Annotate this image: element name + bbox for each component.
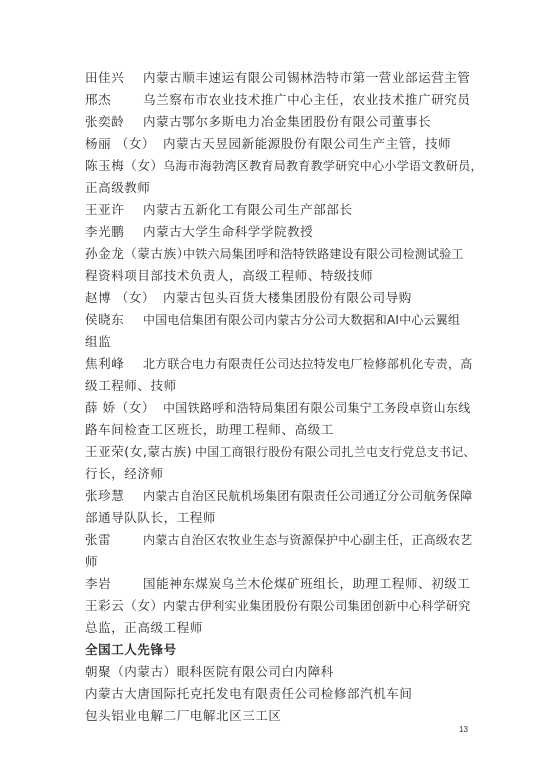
person-name: 邢杰 xyxy=(85,89,143,111)
list-item: 焦利峰北方联合电力有限责任公司达拉特发电厂检修部机化专责，高 xyxy=(85,353,470,375)
person-name: 杨丽 （女） xyxy=(85,133,155,155)
list-item: 李光鹏内蒙古大学生命科学学院教授 xyxy=(85,221,470,243)
person-title: 中国铁路呼和浩特局集团有限公司集宁工务段卓资山东线 xyxy=(163,397,471,419)
list-item-continuation: 部通导队队长，工程师 xyxy=(85,507,470,529)
person-title: 行长，经济师 xyxy=(85,466,164,481)
section-item: 内蒙古大唐国际托克托发电有限责任公司检修部汽机车间 xyxy=(85,683,470,705)
person-name: 焦利峰 xyxy=(85,353,143,375)
document-body: 田佳兴内蒙古顺丰速运有限公司锡林浩特市第一营业部运营主管 邢杰乌兰察布市农业技术… xyxy=(85,67,470,727)
list-item: 田佳兴内蒙古顺丰速运有限公司锡林浩特市第一营业部运营主管 xyxy=(85,67,470,89)
person-title: 北方联合电力有限责任公司达拉特发电厂检修部机化专责，高 xyxy=(143,353,472,375)
list-item-continuation: 行长，经济师 xyxy=(85,463,470,485)
list-item: 王彩云（女）内蒙古伊利实业集团股份有限公司集团创新中心科学研究 xyxy=(85,595,470,617)
person-title: 中国电信集团有限公司内蒙古分公司大数据和AI中心云翼组 xyxy=(143,309,460,331)
person-title: 内蒙古自治区民航机场集团有限责任公司通辽分公司航务保障 xyxy=(143,485,472,507)
person-name: 孙金龙（蒙古族） xyxy=(85,243,190,265)
person-name: 侯晓东 xyxy=(85,309,143,331)
person-title: 中铁六局集团呼和浩特铁路建设有限公司检测试验工 xyxy=(183,243,464,265)
person-name: 田佳兴 xyxy=(85,67,143,89)
person-title: 乌兰察布市农业技术推广中心主任，农业技术推广研究员 xyxy=(143,89,471,111)
person-title: 部通导队队长，工程师 xyxy=(85,510,216,525)
list-item: 侯晓东中国电信集团有限公司内蒙古分公司大数据和AI中心云翼组 xyxy=(85,309,470,331)
list-item-continuation: 组监 xyxy=(85,331,470,353)
list-item: 薛 娇（女）中国铁路呼和浩特局集团有限公司集宁工务段卓资山东线 xyxy=(85,397,470,419)
person-title: 内蒙古五新化工有限公司生产部部长 xyxy=(143,199,353,221)
list-item: 王亚荣(女,蒙古族)中国工商银行股份有限公司扎兰屯支行党总支书记、 xyxy=(85,441,470,463)
list-item-continuation: 师 xyxy=(85,551,470,573)
person-name: 王亚荣(女,蒙古族) xyxy=(85,441,192,463)
person-title: 中国工商银行股份有限公司扎兰屯支行党总支书记、 xyxy=(195,441,476,463)
list-item: 邢杰乌兰察布市农业技术推广中心主任，农业技术推广研究员 xyxy=(85,89,470,111)
page-number: 13 xyxy=(459,725,468,734)
person-title: 内蒙古天昱园新能源股份有限公司生产主管，技师 xyxy=(163,133,451,155)
person-name: 王彩云（女） xyxy=(85,595,164,617)
person-name: 张奕龄 xyxy=(85,111,143,133)
person-title: 程资料项目部技术负责人，高级工程师、特级技师 xyxy=(85,268,373,283)
person-name: 李光鹏 xyxy=(85,221,143,243)
list-item-continuation: 程资料项目部技术负责人，高级工程师、特级技师 xyxy=(85,265,470,287)
section-item: 包头铝业电解二厂电解北区三工区 xyxy=(85,705,470,727)
list-item: 李岩国能神东煤炭乌兰木伦煤矿班组长，助理工程师、初级工 xyxy=(85,573,470,595)
person-title: 组监 xyxy=(85,334,111,349)
person-title: 内蒙古顺丰速运有限公司锡林浩特市第一营业部运营主管 xyxy=(143,67,471,89)
list-item: 王亚许内蒙古五新化工有限公司生产部部长 xyxy=(85,199,470,221)
list-item: 张雷内蒙古自治区农牧业生态与资源保护中心副主任，正高级农艺 xyxy=(85,529,470,551)
person-title: 师 xyxy=(85,554,98,569)
person-title: 级工程师、技师 xyxy=(85,378,177,393)
person-title: 内蒙古自治区农牧业生态与资源保护中心副主任，正高级农艺 xyxy=(143,529,472,551)
person-title: 乌海市海勃湾区教育局教育教学研究中心小学语文教研员， xyxy=(163,155,483,177)
person-title: 正高级教师 xyxy=(85,180,151,195)
list-item: 孙金龙（蒙古族）中铁六局集团呼和浩特铁路建设有限公司检测试验工 xyxy=(85,243,470,265)
list-item: 张奕龄内蒙古鄂尔多斯电力冶金集团股份有限公司董事长 xyxy=(85,111,470,133)
list-item: 张珍慧内蒙古自治区民航机场集团有限责任公司通辽分公司航务保障 xyxy=(85,485,470,507)
person-title: 内蒙古鄂尔多斯电力冶金集团股份有限公司董事长 xyxy=(143,111,431,133)
section-heading: 全国工人先锋号 xyxy=(85,639,470,661)
list-item-continuation: 正高级教师 xyxy=(85,177,470,199)
person-name: 李岩 xyxy=(85,573,143,595)
person-title: 内蒙古伊利实业集团股份有限公司集团创新中心科学研究 xyxy=(163,595,471,617)
section-item: 朝聚（内蒙古）眼科医院有限公司白内障科 xyxy=(85,661,470,683)
person-title: 内蒙古大学生命科学学院教授 xyxy=(143,221,313,243)
list-item: 杨丽 （女）内蒙古天昱园新能源股份有限公司生产主管，技师 xyxy=(85,133,470,155)
person-title: 内蒙古包头百货大楼集团股份有限公司导购 xyxy=(163,287,412,309)
person-name: 张雷 xyxy=(85,529,143,551)
person-title: 总监，正高级工程师 xyxy=(85,620,203,635)
list-item: 赵博 （女）内蒙古包头百货大楼集团股份有限公司导购 xyxy=(85,287,470,309)
person-title: 路车间检查工区班长，助理工程师、高级工 xyxy=(85,422,334,437)
person-name: 薛 娇（女） xyxy=(85,397,155,419)
list-item-continuation: 总监，正高级工程师 xyxy=(85,617,470,639)
person-title: 国能神东煤炭乌兰木伦煤矿班组长，助理工程师、初级工 xyxy=(143,573,471,595)
list-item-continuation: 路车间检查工区班长，助理工程师、高级工 xyxy=(85,419,470,441)
person-name: 赵博 （女） xyxy=(85,287,155,309)
person-name: 王亚许 xyxy=(85,199,143,221)
list-item: 陈玉梅（女）乌海市海勃湾区教育局教育教学研究中心小学语文教研员， xyxy=(85,155,470,177)
person-name: 张珍慧 xyxy=(85,485,143,507)
person-name: 陈玉梅（女） xyxy=(85,155,164,177)
list-item-continuation: 级工程师、技师 xyxy=(85,375,470,397)
